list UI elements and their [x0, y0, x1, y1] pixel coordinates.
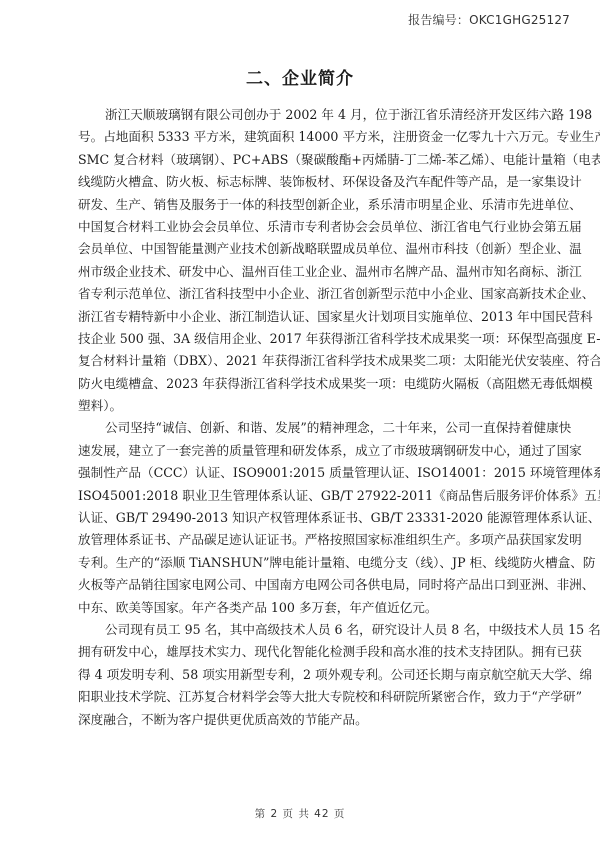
paragraph-philosophy-certifications: 公司坚持“诚信、创新、和谐、发展”的精神理念，二十年来，公司一直保持着健康快 速… [78, 417, 548, 619]
text-line: 速发展，建立了一套完善的质量管理和研发体系，成立了市级玻璃钢研发中心，通过了国家 [78, 440, 548, 462]
text-line: 放管理体系证书、产品碳足迹认证证书。严格按照国家标准组织生产。多项产品获国家发明 [78, 529, 548, 551]
text-line: SMC 复合材料（玻璃钢）、PC+ABS（聚碳酸酯+丙烯腈-丁二烯-苯乙烯）、电… [78, 149, 548, 171]
text-line: 得 4 项发明专利、58 项实用新型专利，2 项外观专利。公司还长期与南京航空航… [78, 664, 548, 686]
text-line: 技企业 500 强、3A 级信用企业、2017 年获得浙江省科学技术成果奖一项：… [78, 328, 548, 350]
text-line: 塑料）。 [78, 395, 548, 417]
text-line: 火板等产品销往国家电网公司、中国南方电网公司各供电局，同时将产品出口到亚洲、非洲… [78, 574, 548, 596]
text-line: 研发、生产、销售及服务于一体的科技型创新企业，系乐清市明星企业、乐清市先进单位、 [78, 194, 548, 216]
section-title: 二、企业简介 [0, 64, 600, 89]
page-indicator: 第 2 页 共 42 页 [0, 806, 600, 821]
text-line: ISO45001:2018 职业卫生管理体系认证、GB/T 27922-2011… [78, 485, 548, 507]
text-line: 浙江天顺玻璃钢有限公司创办于 2002 年 4 月，位于浙江省乐清经济开发区纬六… [78, 104, 548, 126]
paragraph-staff-patents: 公司现有员工 95 名，其中高级技术人员 6 名，研究设计人员 8 名，中级技术… [78, 619, 548, 731]
text-line: 浙江省专精特新中小企业、浙江制造认证、国家星火计划项目实施单位、2013 年中国… [78, 306, 548, 328]
paragraph-company-overview: 浙江天顺玻璃钢有限公司创办于 2002 年 4 月，位于浙江省乐清经济开发区纬六… [78, 104, 548, 417]
report-number: 报告编号：OKC1GHG25127 [408, 11, 570, 28]
text-line: 拥有研发中心，雄厚技术实力、现代化智能化检测手段和高水准的技术支持团队。拥有已获 [78, 641, 548, 663]
text-line: 深度融合，不断为客户提供更优质高效的节能产品。 [78, 709, 548, 731]
text-line: 强制性产品（CCC）认证、ISO9001:2015 质量管理认证、ISO1400… [78, 462, 548, 484]
text-line: 公司现有员工 95 名，其中高级技术人员 6 名，研究设计人员 8 名，中级技术… [78, 619, 548, 641]
text-line: 中东、欧美等国家。年产各类产品 100 多万套，年产值近亿元。 [78, 597, 548, 619]
text-line: 州市级企业技术、研发中心、温州百佳工业企业、温州市名牌产品、温州市知名商标、浙江 [78, 261, 548, 283]
text-line: 会员单位、中国智能量测产业技术创新战略联盟成员单位、温州市科技（创新）型企业、温 [78, 238, 548, 260]
text-line: 省专利示范单位、浙江省科技型中小企业、浙江省创新型示范中小企业、国家高新技术企业… [78, 283, 548, 305]
document-body: 浙江天顺玻璃钢有限公司创办于 2002 年 4 月，位于浙江省乐清经济开发区纬六… [78, 104, 548, 731]
text-line: 防火电缆槽盒、2023 年获得浙江省科学技术成果奖一项：电缆防火隔板（高阻燃无毒… [78, 373, 548, 395]
text-line: 复合材料计量箱（DBX）、2021 年获得浙江省科学技术成果奖二项：太阳能光伏安… [78, 350, 548, 372]
text-line: 中国复合材料工业协会会员单位、乐清市专利者协会会员单位、浙江省电气行业协会第五届 [78, 216, 548, 238]
text-line: 号。占地面积 5333 平方米，建筑面积 14000 平方米，注册资金一亿零九十… [78, 126, 548, 148]
text-line: 线缆防火槽盒、防火板、标志标牌、装饰板材、环保设备及汽车配件等产品，是一家集设计 [78, 171, 548, 193]
text-line: 认证、GB/T 29490-2013 知识产权管理体系证书、GB/T 23331… [78, 507, 548, 529]
text-line: 阳职业技术学院、江苏复合材料学会等大批大专院校和科研院所紧密合作，致力于“产学研… [78, 686, 548, 708]
text-line: 公司坚持“诚信、创新、和谐、发展”的精神理念，二十年来，公司一直保持着健康快 [78, 417, 548, 439]
text-line: 专利。生产的“添顺 TiANSHUN”牌电能计量箱、电缆分支（线）、JP 柜、线… [78, 552, 548, 574]
